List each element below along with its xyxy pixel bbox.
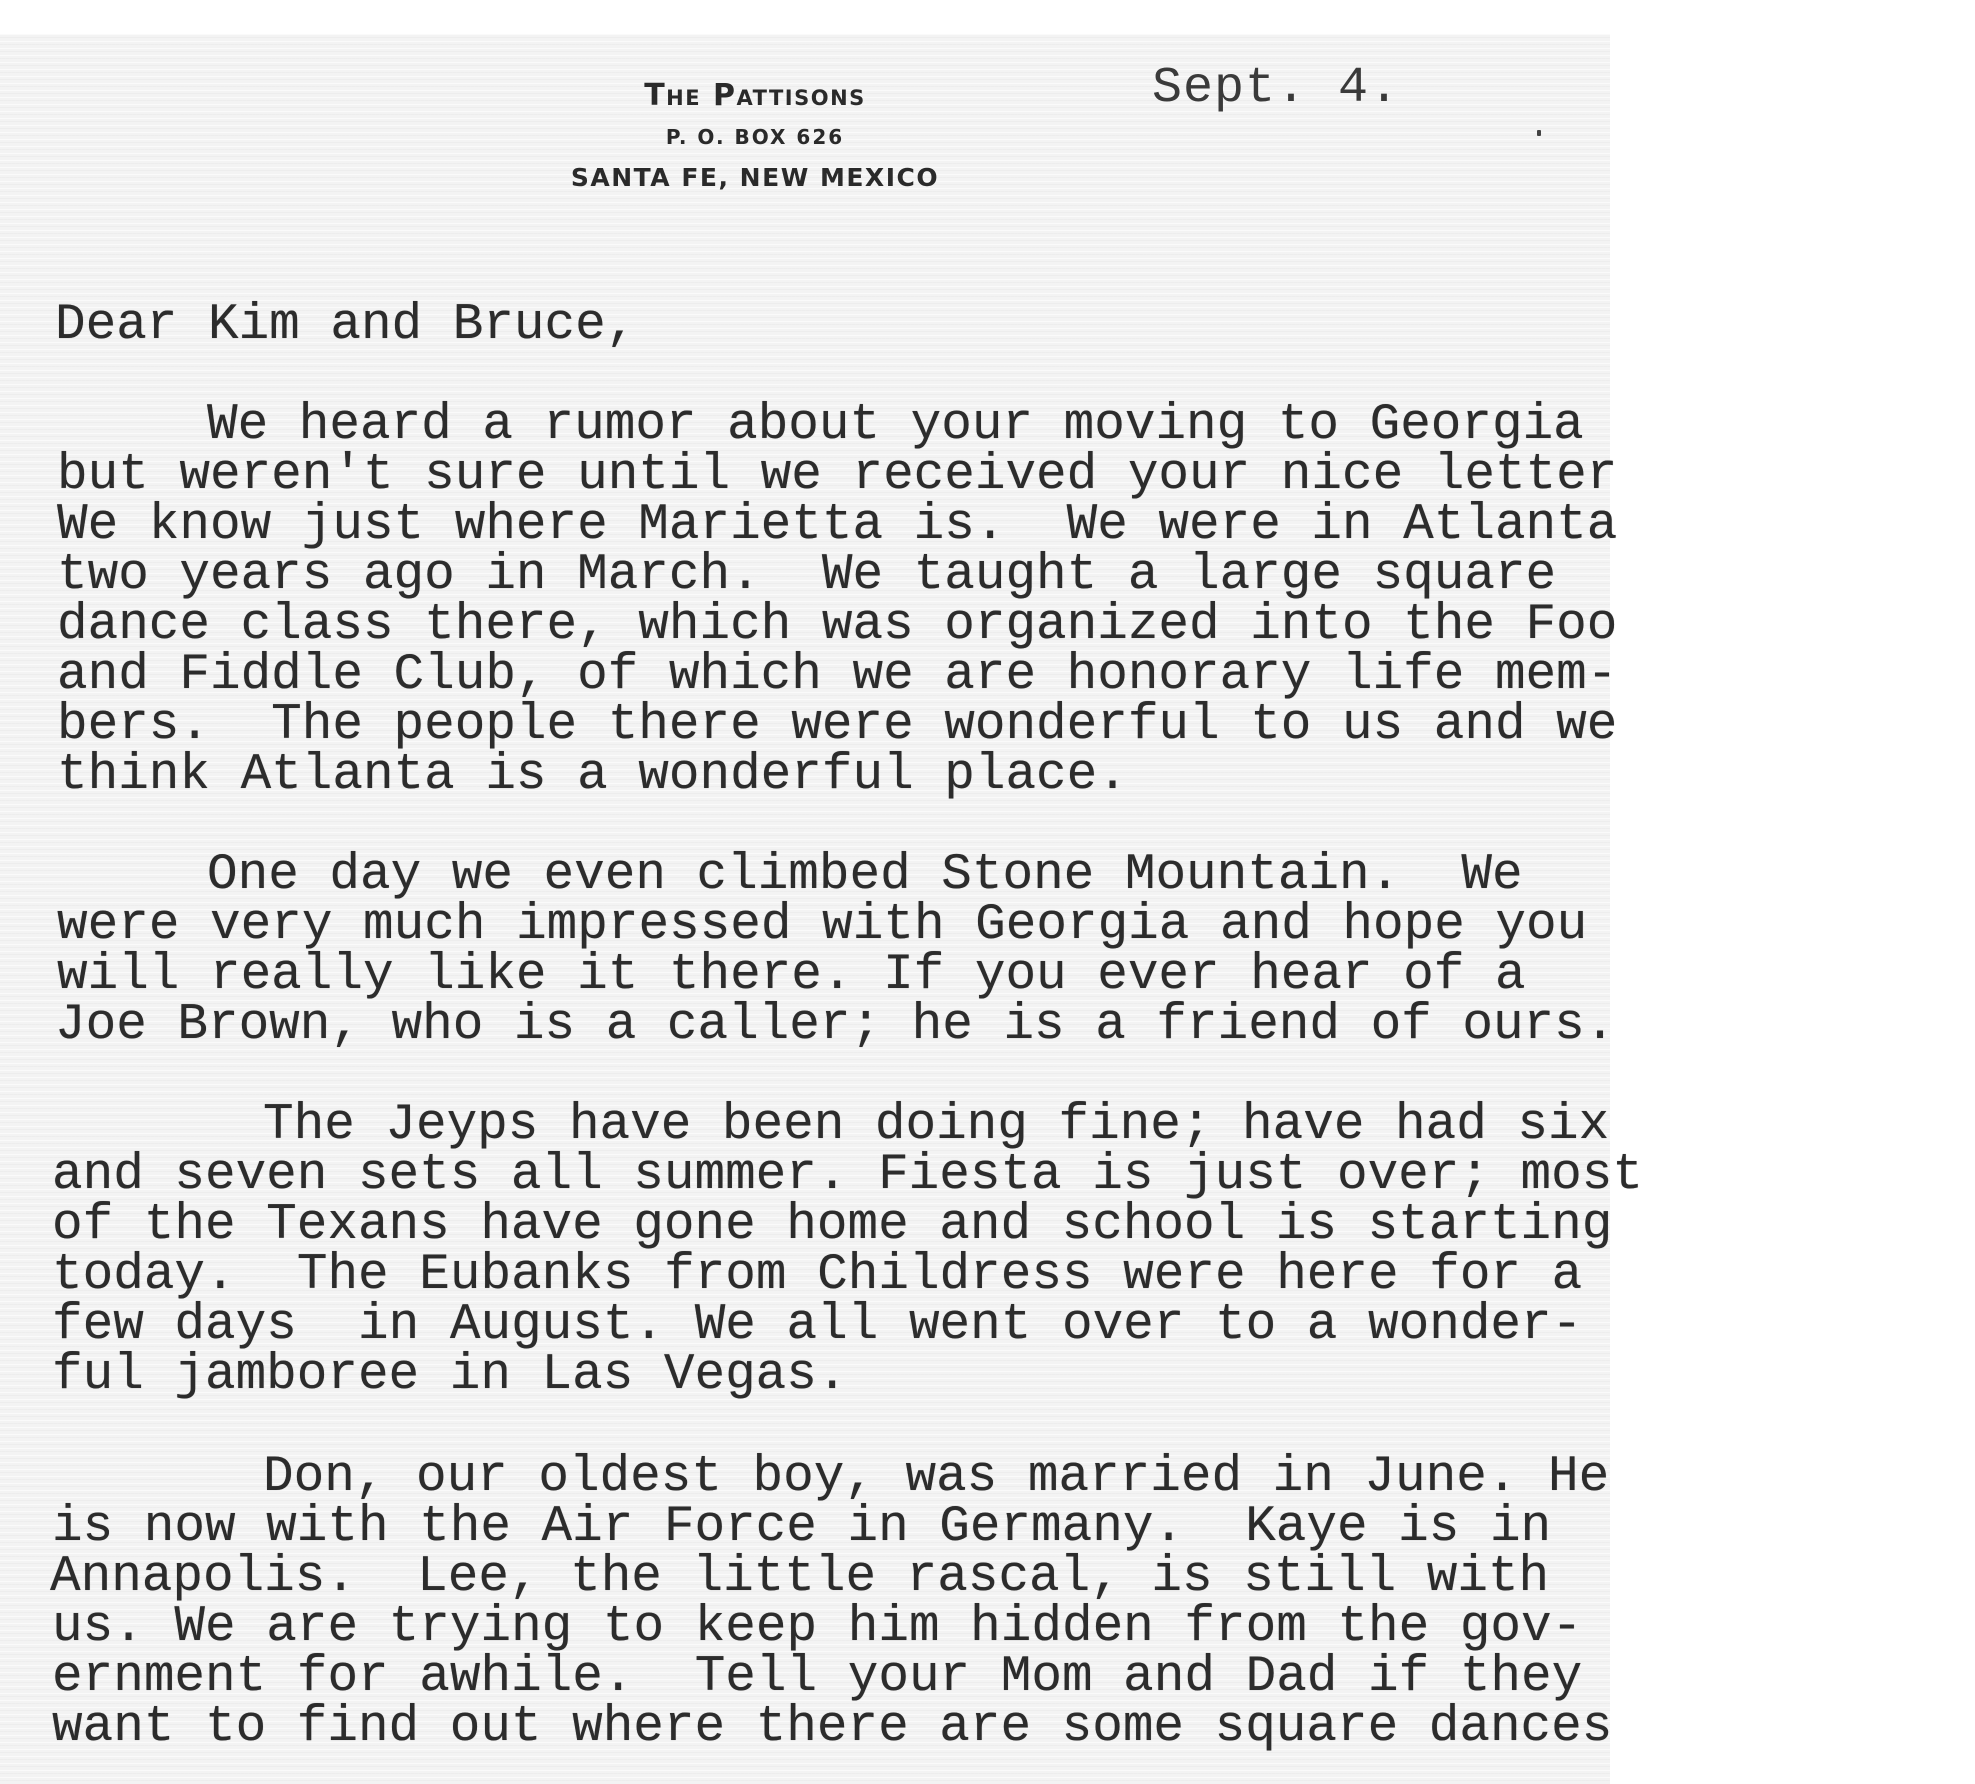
letterhead-city: SANTA FE, NEW MEXICO (500, 163, 1010, 192)
paragraph-line: The Jeyps have been doing fine; have had… (263, 1100, 1609, 1151)
paragraph-line: us. We are trying to keep him hidden fro… (52, 1602, 1582, 1653)
paragraph-line: two years ago in March. We taught a larg… (57, 550, 1556, 601)
paragraph-line: but weren't sure until we received your … (57, 450, 1617, 501)
paragraph-line: is now with the Air Force in Germany. Ka… (52, 1502, 1551, 1553)
salutation: Dear Kim and Bruce, (55, 300, 636, 351)
paragraph-line: Don, our oldest boy, was married in June… (263, 1452, 1609, 1503)
paragraph-line: ernment for awhile. Tell your Mom and Da… (52, 1652, 1582, 1703)
paragraph-line: will really like it there. If you ever h… (57, 950, 1526, 1001)
paragraph-line: and Fiddle Club, of which we are honorar… (57, 650, 1617, 701)
paragraph-line: were very much impressed with Georgia an… (57, 900, 1587, 951)
paragraph-line: think Atlanta is a wonderful place. (57, 750, 1128, 801)
paragraph-line: bers. The people there were wonderful to… (57, 700, 1617, 751)
paragraph-line: dance class there, which was organized i… (57, 600, 1617, 651)
paragraph-line: Joe Brown, who is a caller; he is a frie… (55, 1000, 1615, 1051)
letter-date: Sept. 4. (1152, 60, 1400, 117)
letterhead-name: The Pattisons (500, 78, 1010, 113)
paragraph-line: We know just where Marietta is. We were … (57, 500, 1617, 551)
paragraph-line: of the Texans have gone home and school … (52, 1200, 1612, 1251)
paragraph-line: One day we even climbed Stone Mountain. … (207, 850, 1523, 901)
paragraph-line: and seven sets all summer. Fiesta is jus… (52, 1150, 1643, 1201)
paragraph-line: want to find out where there are some sq… (52, 1702, 1612, 1753)
paragraph-line: Annapolis. Lee, the little rascal, is st… (50, 1552, 1549, 1603)
paragraph-line: few days in August. We all went over to … (52, 1300, 1582, 1351)
paragraph-line: ful jamboree in Las Vegas. (52, 1350, 847, 1401)
paragraph-line: today. The Eubanks from Childress were h… (52, 1250, 1582, 1301)
ink-mark (1537, 130, 1541, 136)
paragraph-line: We heard a rumor about your moving to Ge… (207, 400, 1584, 451)
letterhead-po-box: P. O. BOX 626 (500, 125, 1010, 149)
